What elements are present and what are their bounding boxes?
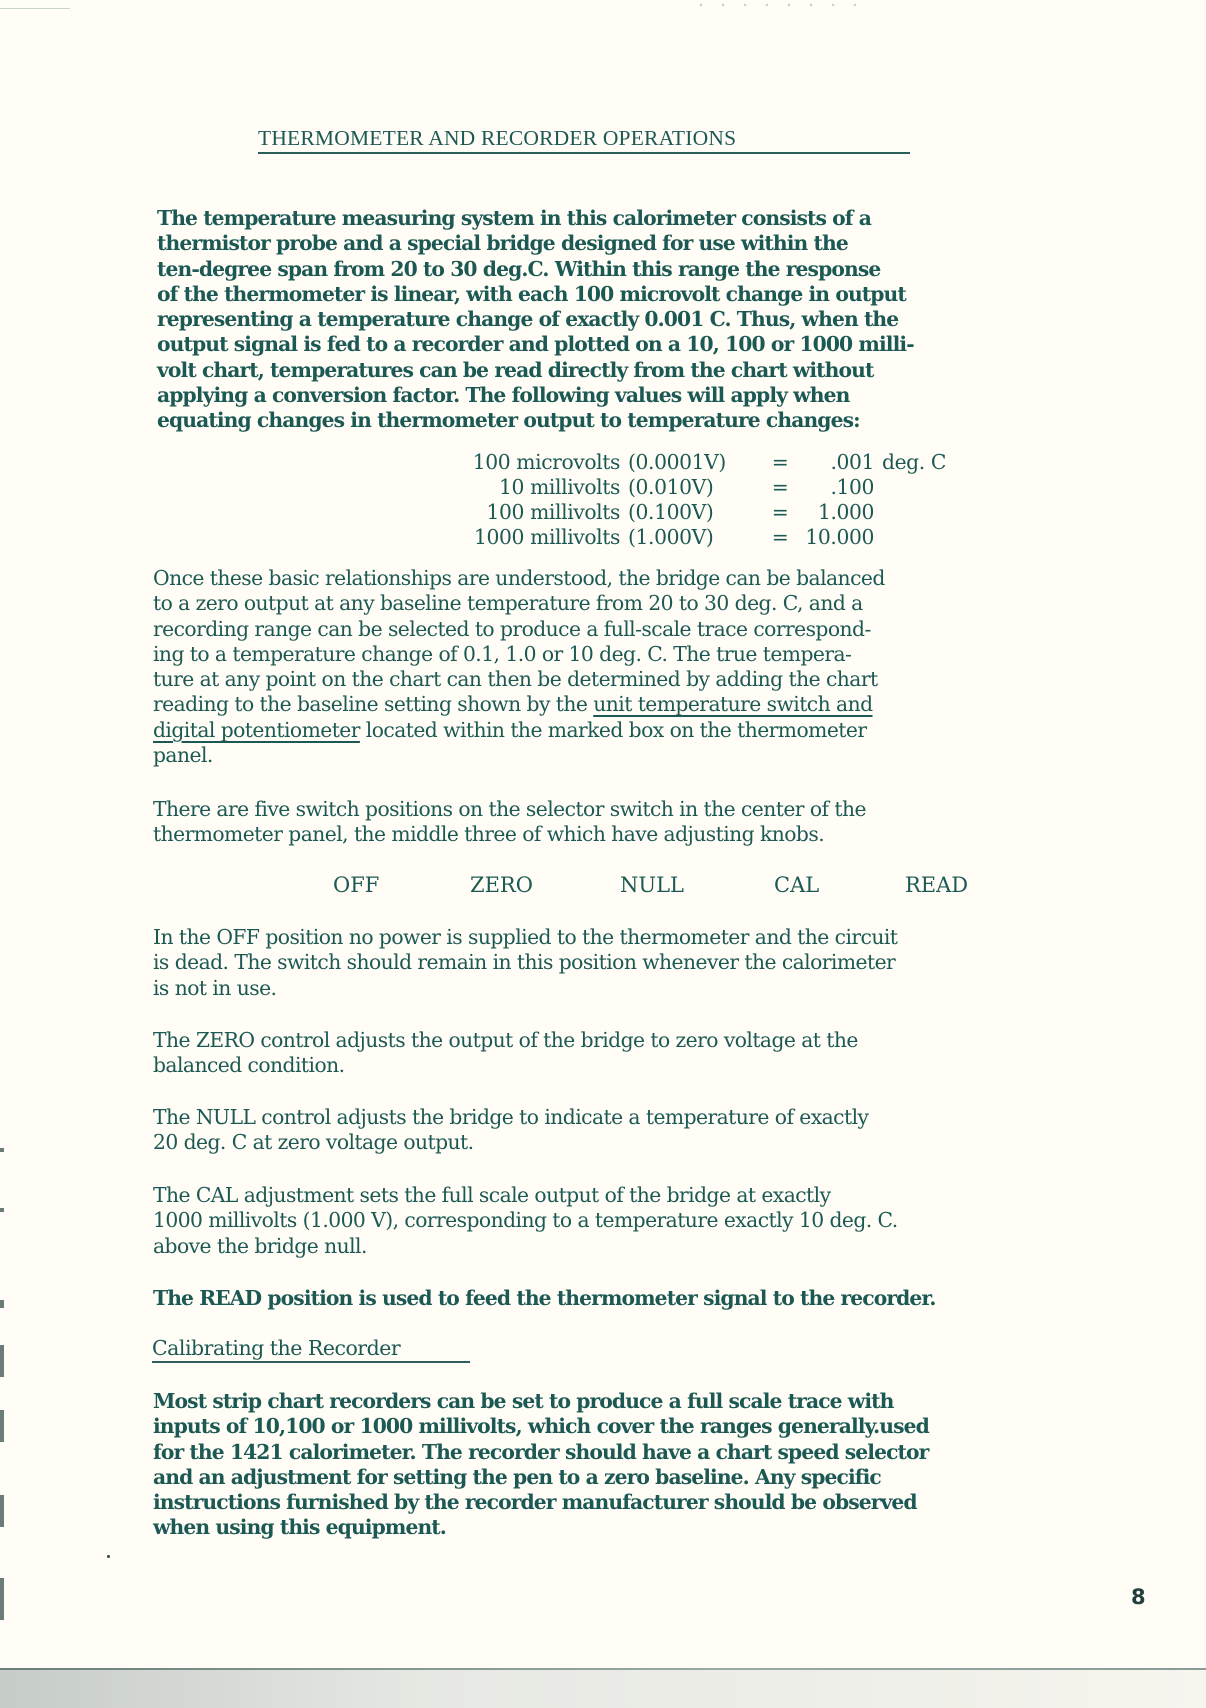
text-line: is dead. The switch should remain in thi… [153,950,897,975]
binding-mark [0,1578,4,1620]
equals-sign: = [758,450,802,475]
cal-paragraph: The CAL adjustment sets the full scale o… [153,1183,898,1259]
document-page: THERMOMETER AND RECORDER OPERATIONS The … [0,0,1206,1708]
text-line: applying a conversion factor. The follow… [157,383,914,408]
text-line: Most strip chart recorders can be set to… [153,1389,929,1414]
text-line: output signal is fed to a recorder and p… [157,332,914,357]
volts: (0.0001V) [620,450,758,475]
text-line: inputs of 10,100 or 1000 millivolts, whi… [153,1414,929,1439]
conversion-row: 100 microvolts (0.0001V) = .001 deg. C [420,450,946,475]
text-line: above the bridge null. [153,1234,898,1259]
conversion-row: 100 millivolts (0.100V) = 1.000 [420,500,946,525]
text-line: 1000 millivolts (1.000 V), corresponding… [153,1208,898,1233]
binding-mark [0,1410,4,1442]
switch-position-zero: ZERO [470,873,533,897]
switch-paragraph: There are five switch positions on the s… [153,797,866,848]
switch-position-null: NULL [620,873,684,897]
switch-position-cal: CAL [774,873,819,897]
degrees: .100 [802,475,874,500]
volts: (0.100V) [620,500,758,525]
underlined-term: unit temperature switch and [593,692,872,716]
text-line: digital potentiometer located within the… [153,718,885,743]
text-line: for the 1421 calorimeter. The recorder s… [153,1440,929,1465]
text-line: recording range can be selected to produ… [153,617,885,642]
text-segment: located within the marked box on the the… [360,718,867,742]
text-line: and an adjustment for setting the pen to… [153,1465,929,1490]
binding-mark [0,1495,4,1527]
text-line: equating changes in thermometer output t… [157,408,914,433]
zero-paragraph: The ZERO control adjusts the output of t… [153,1028,858,1079]
section-heading-calibrating: Calibrating the Recorder [152,1336,400,1360]
binding-mark [0,1208,4,1212]
text-line: balanced condition. [153,1053,858,1078]
switch-position-read: READ [905,873,968,897]
text-segment: reading to the baseline setting shown by… [153,692,593,716]
text-line: panel. [153,743,885,768]
off-paragraph: In the OFF position no power is supplied… [153,925,897,1001]
page-number: 8 [1131,1585,1146,1609]
read-paragraph: The READ position is used to feed the th… [153,1286,936,1311]
text-line: There are five switch positions on the s… [153,797,866,822]
equals-sign: = [758,475,802,500]
text-line: is not in use. [153,976,897,1001]
title-underline [258,152,910,154]
volts: (1.000V) [620,525,758,550]
text-line: reading to the baseline setting shown by… [153,692,885,717]
underlined-term: digital potentiometer [153,718,360,742]
conversion-row: 1000 millivolts (1.000V) = 10.000 [420,525,946,550]
scan-artifact-line [0,8,70,9]
page-title: THERMOMETER AND RECORDER OPERATIONS [258,126,736,151]
quantity: 100 microvolts [420,450,620,475]
degrees: .001 [802,450,874,475]
text-line: In the OFF position no power is supplied… [153,925,897,950]
text-line: The NULL control adjusts the bridge to i… [153,1105,868,1130]
scan-shadow [0,1670,1206,1708]
unit [874,525,882,550]
text-line: 20 deg. C at zero voltage output. [153,1130,868,1155]
text-line: of the thermometer is linear, with each … [157,282,914,307]
binding-mark [0,1345,4,1377]
text-line: ing to a temperature change of 0.1, 1.0 … [153,642,885,667]
text-line: volt chart, temperatures can be read dir… [157,358,914,383]
degrees: 10.000 [802,525,874,550]
text-line: ten-degree span from 20 to 30 deg.C. Wit… [157,257,914,282]
text-line: Once these basic relationships are under… [153,566,885,591]
text-line: The temperature measuring system in this… [157,206,914,231]
scan-artifact-specks [690,3,870,7]
quantity: 100 millivolts [420,500,620,525]
binding-mark [0,1300,4,1308]
text-line: The ZERO control adjusts the output of t… [153,1028,858,1053]
text-line: to a zero output at any baseline tempera… [153,591,885,616]
text-line: representing a temperature change of exa… [157,307,914,332]
text-line: when using this equipment. [153,1515,929,1540]
scan-artifact-dot [107,1555,110,1558]
intro-paragraph: The temperature measuring system in this… [157,206,914,434]
equals-sign: = [758,500,802,525]
calibrating-paragraph: Most strip chart recorders can be set to… [153,1389,929,1541]
equals-sign: = [758,525,802,550]
unit [874,500,882,525]
degrees: 1.000 [802,500,874,525]
unit [874,475,882,500]
text-line: The READ position is used to feed the th… [153,1286,936,1311]
conversion-row: 10 millivolts (0.010V) = .100 [420,475,946,500]
text-line: ture at any point on the chart can then … [153,667,885,692]
text-line: thermistor probe and a special bridge de… [157,231,914,256]
quantity: 1000 millivolts [420,525,620,550]
binding-mark [0,1148,4,1152]
baseline-paragraph: Once these basic relationships are under… [153,566,885,768]
volts: (0.010V) [620,475,758,500]
section-heading-underline [152,1361,470,1363]
text-line: instructions furnished by the recorder m… [153,1490,929,1515]
unit: deg. C [874,450,946,475]
conversion-table: 100 microvolts (0.0001V) = .001 deg. C 1… [420,450,946,550]
quantity: 10 millivolts [420,475,620,500]
null-paragraph: The NULL control adjusts the bridge to i… [153,1105,868,1156]
text-line: thermometer panel, the middle three of w… [153,822,866,847]
text-line: The CAL adjustment sets the full scale o… [153,1183,898,1208]
switch-position-off: OFF [333,873,379,897]
